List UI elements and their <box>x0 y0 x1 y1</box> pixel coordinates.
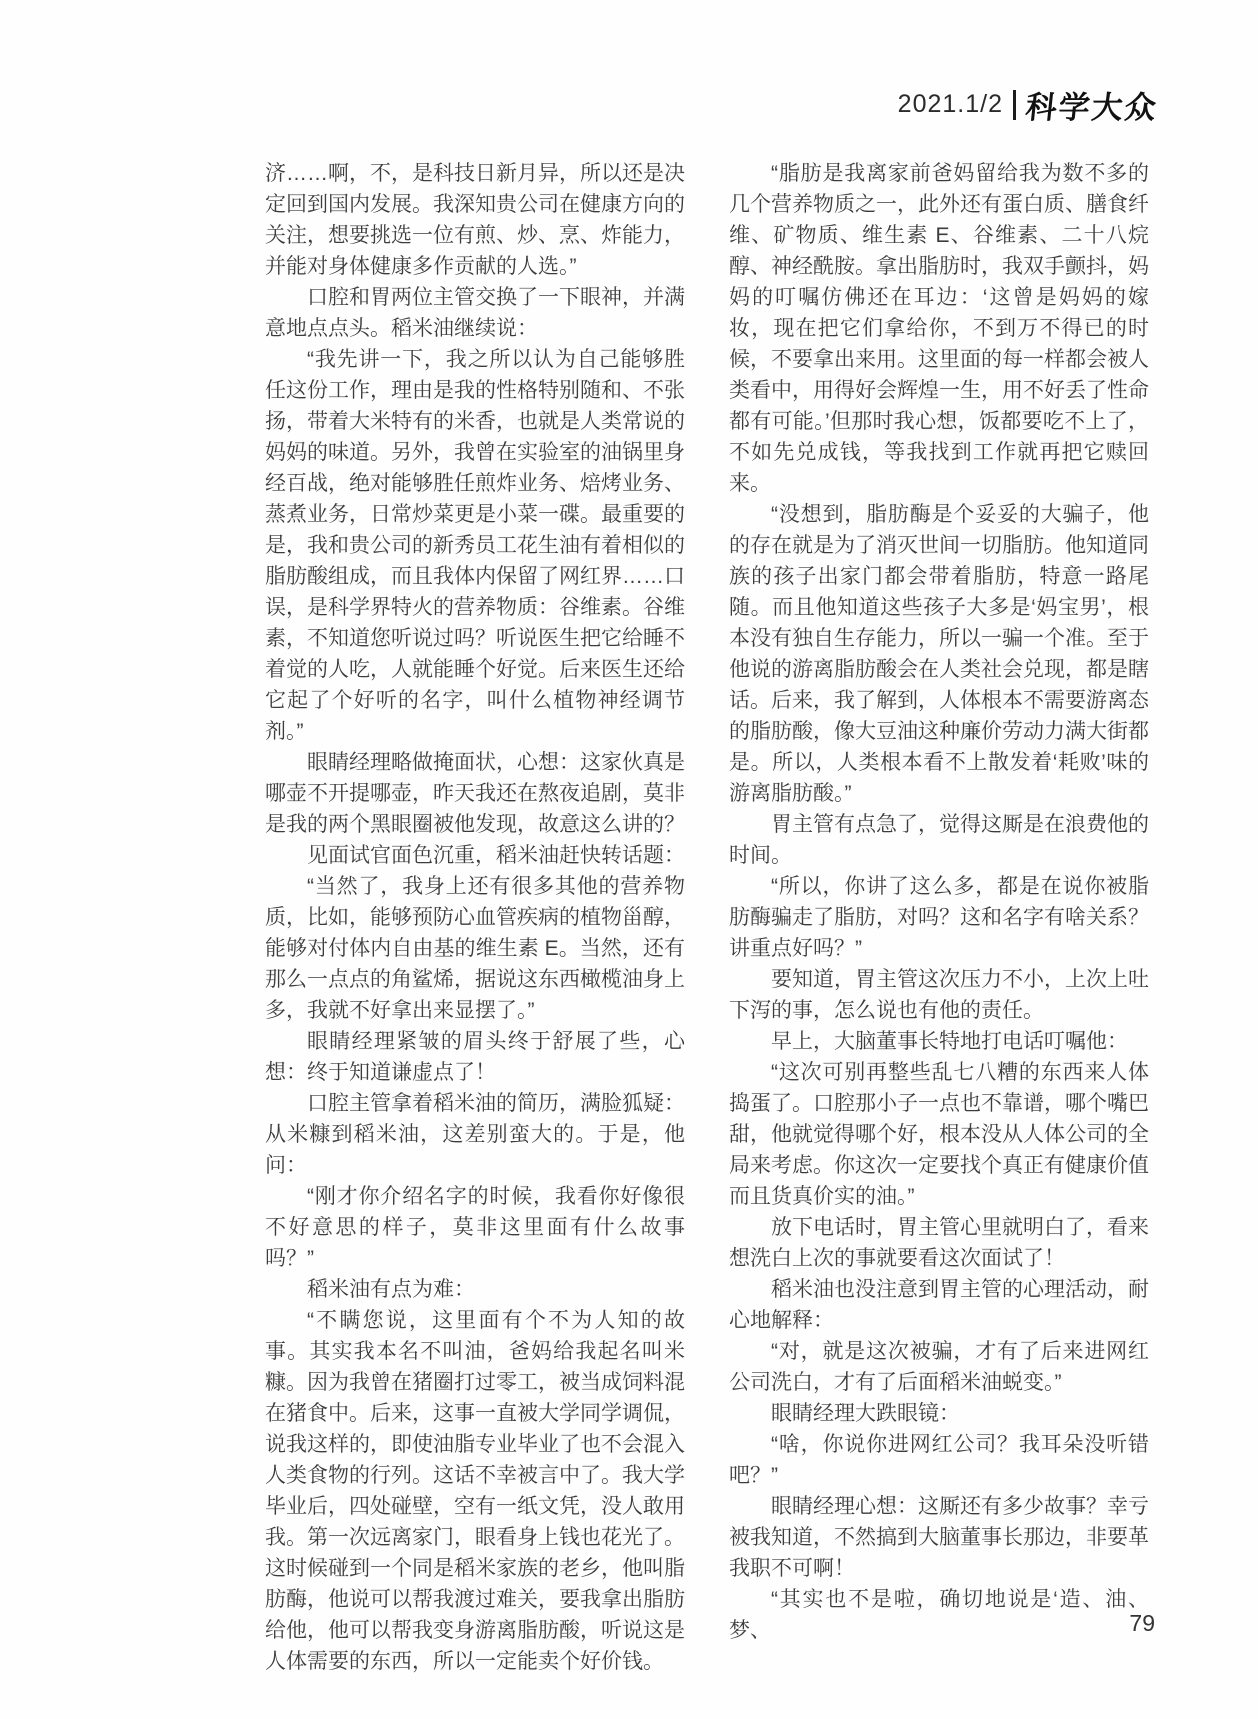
issue-date: 2021.1/2 <box>898 90 1003 119</box>
text-column-right: “脂肪是我离家前爸妈留给我为数不多的几个营养物质之一，此外还有蛋白质、膳食纤维、… <box>729 158 1149 1677</box>
paragraph: “所以，你讲了这么多，都是在说你被脂肪酶骗走了脂肪，对吗？这和名字有啥关系？讲重… <box>729 871 1149 964</box>
paragraph: “没想到，脂肪酶是个妥妥的大骗子，他的存在就是为了消灭世间一切脂肪。他知道同族的… <box>729 499 1149 809</box>
page-header: 2021.1/2 科学大众 <box>898 82 1158 127</box>
paragraph: “我先讲一下，我之所以认为自己能够胜任这份工作，理由是我的性格特别随和、不张扬，… <box>265 344 685 747</box>
paragraph: 口腔和胃两位主管交换了一下眼神，并满意地点点头。稻米油继续说： <box>265 282 685 344</box>
paragraph: 口腔主管拿着稻米油的简历，满脸狐疑：从米糠到稻米油，这差别蛮大的。于是，他问： <box>265 1088 685 1181</box>
magazine-logo: 科学大众 <box>1024 82 1161 127</box>
paragraph: 眼睛经理紧皱的眉头终于舒展了些，心想：终于知道谦虚点了！ <box>265 1026 685 1088</box>
paragraph: 稻米油也没注意到胃主管的心理活动，耐心地解释： <box>729 1274 1149 1336</box>
paragraph: “当然了，我身上还有很多其他的营养物质，比如，能够预防心血管疾病的植物甾醇，能够… <box>265 871 685 1026</box>
paragraph: “不瞒您说，这里面有个不为人知的故事。其实我本名不叫油，爸妈给我起名叫米糠。因为… <box>265 1305 685 1677</box>
magazine-page: 2021.1/2 科学大众 济……啊，不，是科技日新月异，所以还是决定回到国内发… <box>0 0 1258 1719</box>
article-body: 济……啊，不，是科技日新月异，所以还是决定回到国内发展。我深知贵公司在健康方向的… <box>265 158 1149 1677</box>
paragraph: “脂肪是我离家前爸妈留给我为数不多的几个营养物质之一，此外还有蛋白质、膳食纤维、… <box>729 158 1149 499</box>
paragraph: 胃主管有点急了，觉得这厮是在浪费他的时间。 <box>729 809 1149 871</box>
header-divider <box>1013 90 1016 120</box>
paragraph: “刚才你介绍名字的时候，我看你好像很不好意思的样子，莫非这里面有什么故事吗？” <box>265 1181 685 1274</box>
paragraph: 早上，大脑董事长特地打电话叮嘱他： <box>729 1026 1149 1057</box>
paragraph: 要知道，胃主管这次压力不小，上次上吐下泻的事，怎么说也有他的责任。 <box>729 964 1149 1026</box>
paragraph: “啥，你说你进网红公司？我耳朵没听错吧？” <box>729 1429 1149 1491</box>
paragraph: 眼睛经理大跌眼镜： <box>729 1398 1149 1429</box>
page-number: 79 <box>1129 1610 1155 1637</box>
paragraph: “其实也不是啦，确切地说是‘造、油、梦、 <box>729 1584 1149 1646</box>
paragraph: 济……啊，不，是科技日新月异，所以还是决定回到国内发展。我深知贵公司在健康方向的… <box>265 158 685 282</box>
paragraph: 见面试官面色沉重，稻米油赶快转话题： <box>265 840 685 871</box>
paragraph: “对，就是这次被骗，才有了后来进网红公司洗白，才有了后面稻米油蜕变。” <box>729 1336 1149 1398</box>
paragraph: 放下电话时，胃主管心里就明白了，看来想洗白上次的事就要看这次面试了！ <box>729 1212 1149 1274</box>
paragraph: 稻米油有点为难： <box>265 1274 685 1305</box>
paragraph: “这次可别再整些乱七八糟的东西来人体捣蛋了。口腔那小子一点也不靠谱，哪个嘴巴甜，… <box>729 1057 1149 1212</box>
paragraph: 眼睛经理略做掩面状，心想：这家伙真是哪壶不开提哪壶，昨天我还在熬夜追剧，莫非是我… <box>265 747 685 840</box>
paragraph: 眼睛经理心想：这厮还有多少故事？幸亏被我知道，不然搞到大脑董事长那边，非要革我职… <box>729 1491 1149 1584</box>
text-column-left: 济……啊，不，是科技日新月异，所以还是决定回到国内发展。我深知贵公司在健康方向的… <box>265 158 685 1677</box>
